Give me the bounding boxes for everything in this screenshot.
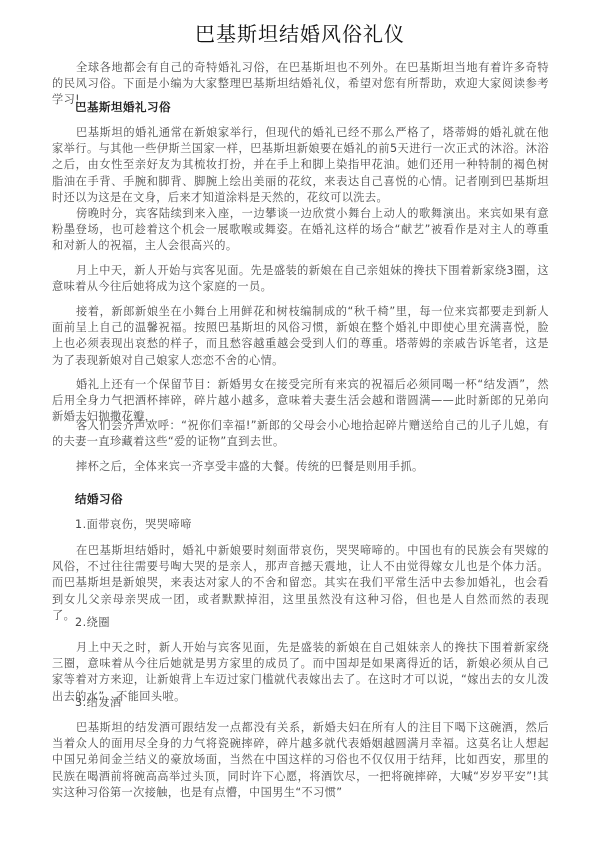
paragraph: 在巴基斯坦结婚时，婚礼中新娘要时刻面带哀伤，哭哭啼啼的。中国也有的民族会有哭嫁的…	[52, 543, 549, 624]
paragraph: 傍晚时分，宾客陆续到来入座，一边攀谈一边欣赏小舞台上动人的歌舞演出。来宾如果有意…	[52, 206, 549, 255]
paragraph: 巴基斯坦的结发酒可跟结发一点都没有关系，新婚夫妇在所有人的注目下喝下这碗酒，然后…	[52, 720, 549, 801]
paragraph: 月上中天，新人开始与宾客见面。先是盛装的新娘在自己亲姐妹的搀扶下围着新家绕3圈，…	[52, 263, 549, 295]
subheading-item-2: 2.绕圈	[75, 614, 110, 630]
paragraph: 接着，新郎新娘坐在小舞台上用鲜花和树枝编制成的“秋千椅”里，每一位来宾都要走到新…	[52, 304, 549, 369]
document-page: 巴基斯坦结婚风俗礼仪 全球各地都会有自己的奇特婚礼习俗，在巴基斯坦也不列外。在巴…	[0, 0, 600, 849]
subheading-item-1: 1.面带哀伤，哭哭啼啼	[75, 516, 192, 532]
paragraph: 月上中天之时，新人开始与宾客见面，先是盛装的新娘在自己姐妹亲人的搀扶下围着新家绕…	[52, 640, 549, 705]
subheading-item-3: 3.结发酒	[75, 694, 122, 710]
document-title: 巴基斯坦结婚风俗礼仪	[0, 18, 600, 47]
paragraph: 客人们会齐声欢呼：“祝你们幸福!”新郎的父母会小心地拾起碎片赠送给自己的儿子儿媳…	[52, 418, 549, 450]
section-heading-marriage-customs: 结婚习俗	[75, 491, 123, 507]
section-heading-wedding-customs: 巴基斯坦婚礼习俗	[75, 99, 171, 115]
paragraph: 巴基斯坦的婚礼通常在新娘家举行，但现代的婚礼已经不那么严格了，塔蒂姆的婚礼就在他…	[52, 125, 549, 206]
paragraph: 摔杯之后，全体来宾一齐享受丰盛的大餐。传统的巴餐是则用手抓。	[52, 459, 549, 475]
